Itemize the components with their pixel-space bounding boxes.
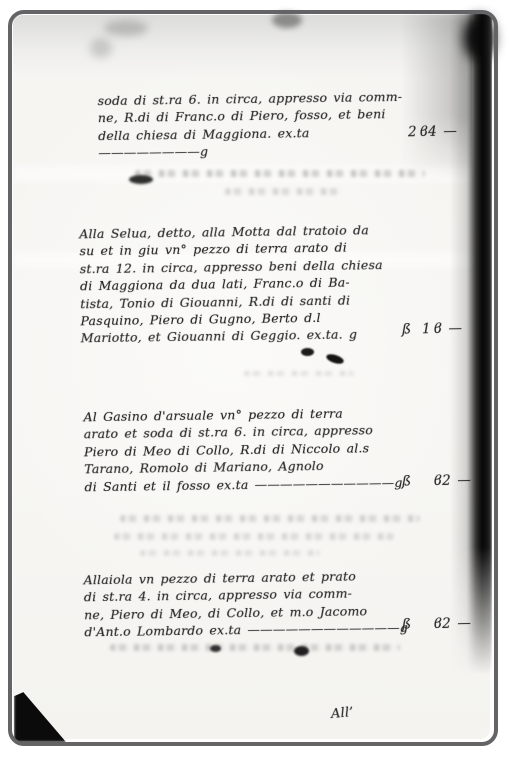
register-entry-1-text: soda di st.ra 6. in circa, appresso via … (98, 88, 409, 162)
bleedthrough-line (120, 515, 420, 522)
amount-lira-symbol: ß (402, 616, 411, 632)
register-entry-3-text: Al Gasino d'arsuale vn° pezzo di terra a… (83, 404, 416, 496)
amount-lire: 2 (408, 124, 417, 140)
bleedthrough-line (114, 533, 394, 540)
ink-blot (294, 646, 309, 656)
register-entry-4-amount: ß ϐ2 — (400, 615, 478, 634)
amount-lira-symbol: ß (402, 473, 411, 489)
register-entry-3-amount: ß ϐ2 — (400, 472, 478, 491)
binding-shadow (450, 13, 492, 681)
amount-lira-symbol: ß (402, 321, 411, 337)
top-smudge (272, 12, 302, 28)
amount-soldi: ϐ — (434, 321, 463, 337)
amount-soldi: ϐ2 — (434, 615, 471, 632)
amount-soldi: ϐ2 — (434, 472, 471, 489)
register-entry-1-amount: 2 ϐ4 — (386, 123, 464, 142)
register-entry-2-text: Alla Selua, detto, alla Motta dal tratoi… (79, 221, 411, 347)
bleedthrough-line (135, 170, 425, 177)
top-smudge (104, 20, 148, 36)
ink-blot (301, 348, 314, 356)
register-entry-2-amount: ß 1 ϐ — (400, 320, 478, 339)
bleedthrough-line (140, 550, 320, 556)
amount-soldi: ϐ4 — (420, 123, 457, 140)
register-entry-4-text: Allaiola vn pezzo di terra arato et prat… (84, 567, 415, 641)
catchword: All’ (330, 705, 354, 722)
bleedthrough-line (225, 188, 345, 195)
bleedthrough-line (110, 644, 400, 651)
ink-blot (210, 645, 221, 652)
amount-lire: 1 (422, 321, 431, 337)
ink-blot (129, 175, 153, 184)
bleedthrough-line (244, 371, 354, 376)
top-smudge (90, 38, 112, 58)
scanned-manuscript-page: soda di st.ra 6. in circa, appresso via … (0, 0, 509, 760)
